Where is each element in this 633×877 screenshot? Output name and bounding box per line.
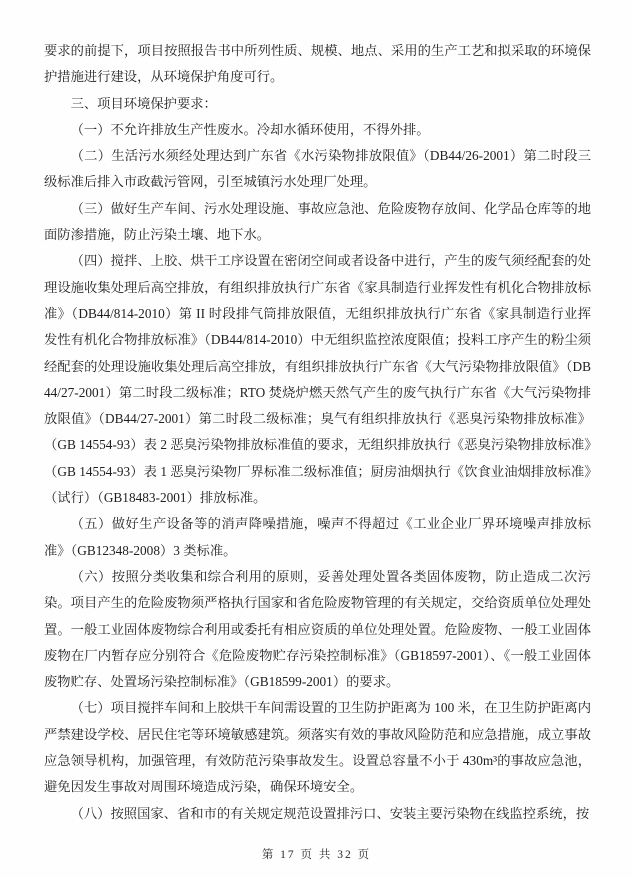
document-body: 要求的前提下，项目按照报告书中所列性质、规模、地点、采用的生产工艺和拟采取的环境… (44, 38, 591, 827)
document-page: 要求的前提下，项目按照报告书中所列性质、规模、地点、采用的生产工艺和拟采取的环境… (0, 0, 633, 877)
paragraph: （三）做好生产车间、污水处理设施、事故应急池、危险废物存放间、化学品仓库等的地面… (44, 196, 591, 249)
paragraph: （七）项目搅拌车间和上胶烘干车间需设置的卫生防护距离为 100 米，在卫生防护距… (44, 695, 591, 800)
paragraph: （八）按照国家、省和市的有关规定规范设置排污口、安装主要污染物在线监控系统，按 (44, 801, 591, 827)
paragraph: （六）按照分类收集和综合利用的原则，妥善处理处置各类固体废物，防止造成二次污染。… (44, 564, 591, 695)
paragraph: （五）做好生产设备等的消声降噪措施，噪声不得超过《工业企业厂界环境噪声排放标准》… (44, 511, 591, 564)
paragraph: （二）生活污水须经处理达到广东省《水污染物排放限值》（DB44/26-2001）… (44, 143, 591, 196)
paragraph: （一）不允许排放生产性废水。冷却水循环使用，不得外排。 (44, 117, 591, 143)
paragraph: （四）搅拌、上胶、烘干工序设置在密闭空间或者设备中进行，产生的废气须经配套的处理… (44, 248, 591, 511)
paragraph: 要求的前提下，项目按照报告书中所列性质、规模、地点、采用的生产工艺和拟采取的环境… (44, 38, 591, 91)
section-heading: 三、项目环境保护要求： (44, 91, 591, 117)
page-number-footer: 第 17 页 共 32 页 (0, 846, 633, 862)
